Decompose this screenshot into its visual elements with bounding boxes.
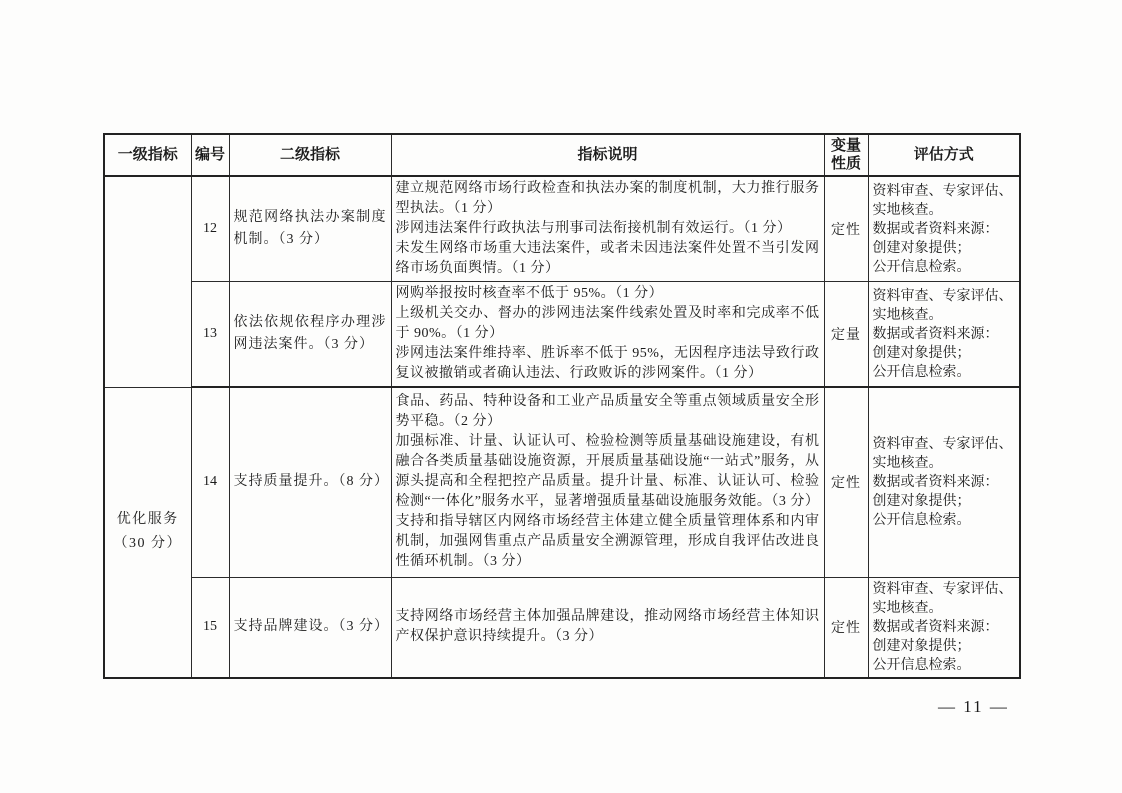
- description-paragraph: 网购举报按时核查率不低于 95%。（1 分）: [396, 284, 820, 304]
- description-paragraph: 建立规范网络市场行政检查和执法办案的制度机制，大力推行服务型执法。（1 分）: [396, 179, 820, 219]
- description-cell: 支持网络市场经营主体加强品牌建设，推动网络市场经营主体知识产权保护意识持续提升。…: [391, 577, 824, 678]
- description-paragraph: 未发生网络市场重大违法案件，或者未因违法案件处置不当引发网络市场负面舆情。（1 …: [396, 239, 820, 279]
- evaluation-line: 公开信息检索。: [873, 363, 1016, 382]
- variable-nature-cell: 定性: [824, 577, 868, 678]
- description-paragraph: 上级机关交办、督办的涉网违法案件线索处置及时率和完成率不低于 90%。（1 分）: [396, 304, 820, 344]
- secondary-indicator-cell: 支持质量提升。（8 分）: [229, 387, 391, 577]
- document-page: 一级指标 编号 二级指标 指标说明 变量性质 评估方式 12 规范网络执法办案制…: [0, 0, 1122, 793]
- evaluation-line: 公开信息检索。: [873, 511, 1016, 530]
- row-number: 14: [191, 387, 229, 577]
- evaluation-line: 创建对象提供；: [873, 239, 1016, 258]
- evaluation-line: 公开信息检索。: [873, 258, 1016, 277]
- row-number: 15: [191, 577, 229, 678]
- evaluation-line: 资料审查、专家评估、实地核查。: [873, 580, 1016, 618]
- table-row-13: 13 依法依规依程序办理涉网违法案件。（3 分） 网购举报按时核查率不低于 95…: [104, 282, 1020, 388]
- primary-indicator-cell-optimize-service: 优化服务 （30 分）: [104, 387, 191, 678]
- secondary-indicator-cell: 规范网络执法办案制度机制。（3 分）: [229, 176, 391, 282]
- description-paragraph: 加强标准、计量、认证认可、检验检测等质量基础设施建设，有机融合各类质量基础设施资…: [396, 432, 820, 512]
- row-number: 13: [191, 282, 229, 388]
- description-paragraph: 支持网络市场经营主体加强品牌建设，推动网络市场经营主体知识产权保护意识持续提升。…: [396, 607, 820, 647]
- table-row-15: 15 支持品牌建设。（3 分） 支持网络市场经营主体加强品牌建设，推动网络市场经…: [104, 577, 1020, 678]
- description-paragraph: 支持和指导辖区内网络市场经营主体建立健全质量管理体系和内审机制，加强网售重点产品…: [396, 512, 820, 572]
- primary-indicator-line: （30 分）: [109, 532, 187, 556]
- primary-indicator-cell-empty: [104, 176, 191, 387]
- secondary-indicator-cell: 依法依规依程序办理涉网违法案件。（3 分）: [229, 282, 391, 388]
- evaluation-line: 数据或者资料来源：: [873, 220, 1016, 239]
- evaluation-method-cell: 资料审查、专家评估、实地核查。 数据或者资料来源： 创建对象提供； 公开信息检索…: [868, 387, 1020, 577]
- evaluation-line: 资料审查、专家评估、实地核查。: [873, 287, 1016, 325]
- table-row-12: 12 规范网络执法办案制度机制。（3 分） 建立规范网络市场行政检查和执法办案的…: [104, 176, 1020, 282]
- evaluation-line: 创建对象提供；: [873, 344, 1016, 363]
- variable-nature-cell: 定性: [824, 176, 868, 282]
- evaluation-line: 创建对象提供；: [873, 637, 1016, 656]
- row-number: 12: [191, 176, 229, 282]
- header-secondary-indicator: 二级指标: [229, 134, 391, 176]
- evaluation-line: 数据或者资料来源：: [873, 618, 1016, 637]
- evaluation-line: 资料审查、专家评估、实地核查。: [873, 182, 1016, 220]
- header-primary-indicator: 一级指标: [104, 134, 191, 176]
- table-header-row: 一级指标 编号 二级指标 指标说明 变量性质 评估方式: [104, 134, 1020, 176]
- description-paragraph: 涉网违法案件维持率、胜诉率不低于 95%，无因程序违法导致行政复议被撤销或者确认…: [396, 344, 820, 384]
- page-number: — 11 —: [938, 697, 1009, 717]
- evaluation-line: 创建对象提供；: [873, 492, 1016, 511]
- primary-indicator-line: 优化服务: [109, 508, 187, 532]
- header-number: 编号: [191, 134, 229, 176]
- description-cell: 网购举报按时核查率不低于 95%。（1 分） 上级机关交办、督办的涉网违法案件线…: [391, 282, 824, 388]
- table-row-14: 优化服务 （30 分） 14 支持质量提升。（8 分） 食品、药品、特种设备和工…: [104, 387, 1020, 577]
- description-cell: 建立规范网络市场行政检查和执法办案的制度机制，大力推行服务型执法。（1 分） 涉…: [391, 176, 824, 282]
- evaluation-method-cell: 资料审查、专家评估、实地核查。 数据或者资料来源： 创建对象提供； 公开信息检索…: [868, 577, 1020, 678]
- indicator-table: 一级指标 编号 二级指标 指标说明 变量性质 评估方式 12 规范网络执法办案制…: [103, 133, 1021, 679]
- header-variable-nature: 变量性质: [824, 134, 868, 176]
- evaluation-line: 数据或者资料来源：: [873, 325, 1016, 344]
- evaluation-method-cell: 资料审查、专家评估、实地核查。 数据或者资料来源： 创建对象提供； 公开信息检索…: [868, 176, 1020, 282]
- evaluation-line: 数据或者资料来源：: [873, 473, 1016, 492]
- description-cell: 食品、药品、特种设备和工业产品质量安全等重点领域质量安全形势平稳。（2 分） 加…: [391, 387, 824, 577]
- evaluation-method-cell: 资料审查、专家评估、实地核查。 数据或者资料来源： 创建对象提供； 公开信息检索…: [868, 282, 1020, 388]
- header-description: 指标说明: [391, 134, 824, 176]
- evaluation-line: 公开信息检索。: [873, 656, 1016, 675]
- variable-nature-cell: 定量: [824, 282, 868, 388]
- description-paragraph: 食品、药品、特种设备和工业产品质量安全等重点领域质量安全形势平稳。（2 分）: [396, 392, 820, 432]
- evaluation-line: 资料审查、专家评估、实地核查。: [873, 435, 1016, 473]
- description-paragraph: 涉网违法案件行政执法与刑事司法衔接机制有效运行。（1 分）: [396, 219, 820, 239]
- secondary-indicator-cell: 支持品牌建设。（3 分）: [229, 577, 391, 678]
- header-evaluation-method: 评估方式: [868, 134, 1020, 176]
- variable-nature-cell: 定性: [824, 387, 868, 577]
